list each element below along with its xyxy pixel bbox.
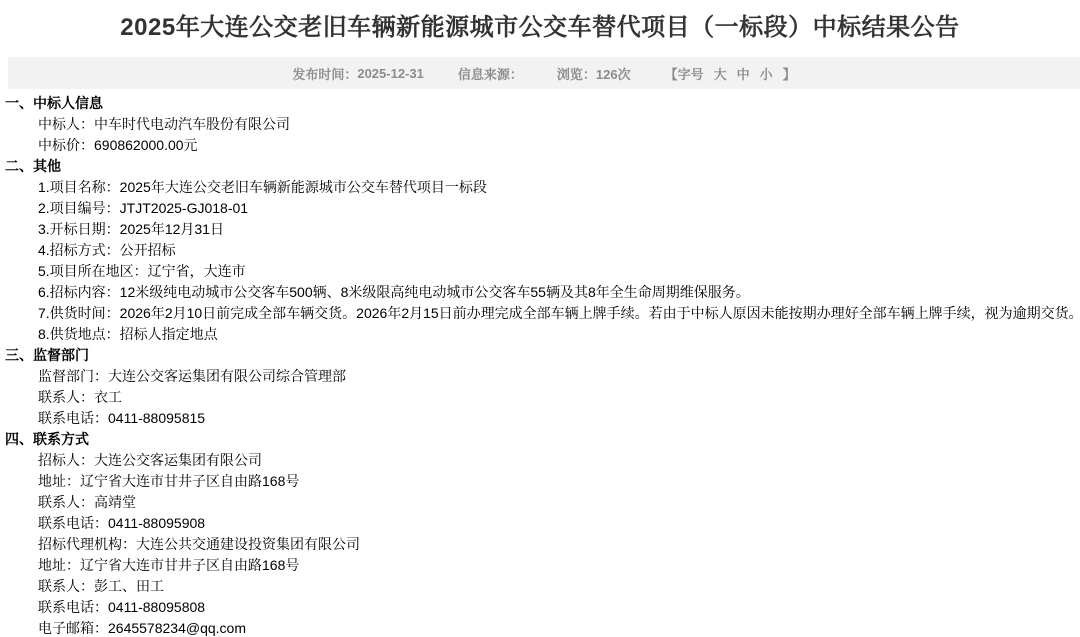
content-line: 招标代理机构：大连公共交通建设投资集团有限公司 [5,534,1080,555]
content-line: 4.招标方式：公开招标 [5,240,1080,261]
content-line: 3.开标日期：2025年12月31日 [5,219,1080,240]
publish-time-label: 发布时间： [292,64,357,83]
font-size-suffix: 】 [783,64,796,83]
content-line: 联系人：高靖堂 [5,492,1080,513]
publish-time: 发布时间： 2025-12-31 [292,64,424,83]
font-size-prefix: 【字号 [665,64,704,83]
view-count-label: 浏览： [557,64,596,83]
font-size-medium-button[interactable]: 中 [737,64,750,83]
page-title: 2025年大连公交老旧车辆新能源城市公交车替代项目（一标段）中标结果公告 [0,10,1080,46]
section-heading-other: 二、其他 [5,156,1080,177]
content-line: 联系人：衣工 [5,387,1080,408]
font-size-large-button[interactable]: 大 [714,64,727,83]
view-count: 浏览： 126次 [557,64,631,83]
section-heading-winner-info: 一、中标人信息 [5,93,1080,114]
meta-bar: 发布时间： 2025-12-31 信息来源： 浏览： 126次 【字号 大 中 … [8,57,1080,89]
font-size-control: 【字号 大 中 小 】 [665,64,796,83]
content-line: 联系电话：0411-88095908 [5,513,1080,534]
section-heading-contact: 四、联系方式 [5,429,1080,450]
content-line: 招标人：大连公交客运集团有限公司 [5,450,1080,471]
font-size-small-button[interactable]: 小 [760,64,773,83]
content-line: 6.招标内容：12米级纯电动城市公交客车500辆、8米级限高纯电动城市公交客车5… [5,282,1080,303]
content-line: 中标人：中车时代电动汽车股份有限公司 [5,114,1080,135]
content-line: 联系人：彭工、田工 [5,576,1080,597]
publish-time-value: 2025-12-31 [357,66,424,81]
content-line: 5.项目所在地区：辽宁省，大连市 [5,261,1080,282]
announcement-page: 2025年大连公交老旧车辆新能源城市公交车替代项目（一标段）中标结果公告 发布时… [0,0,1080,637]
info-source: 信息来源： [458,64,523,83]
content-line: 地址：辽宁省大连市甘井子区自由路168号 [5,555,1080,576]
content-line: 地址：辽宁省大连市甘井子区自由路168号 [5,471,1080,492]
content-line: 1.项目名称：2025年大连公交老旧车辆新能源城市公交车替代项目一标段 [5,177,1080,198]
info-source-label: 信息来源： [458,64,523,83]
content-line: 8.供货地点：招标人指定地点 [5,324,1080,345]
content-line: 7.供货时间：2026年2月10日前完成全部车辆交货。2026年2月15日前办理… [5,303,1080,324]
view-count-value: 126次 [596,64,631,83]
content-line: 监督部门：大连公交客运集团有限公司综合管理部 [5,366,1080,387]
content-line: 联系电话：0411-88095808 [5,597,1080,618]
content-line: 电子邮箱：2645578234@qq.com [5,618,1080,637]
content-line: 联系电话：0411-88095815 [5,408,1080,429]
content-line: 中标价：690862000.00元 [5,135,1080,156]
section-heading-supervision: 三、监督部门 [5,345,1080,366]
announcement-body: 一、中标人信息 中标人：中车时代电动汽车股份有限公司 中标价：690862000… [0,89,1080,637]
content-line: 2.项目编号：JTJT2025-GJ018-01 [5,198,1080,219]
